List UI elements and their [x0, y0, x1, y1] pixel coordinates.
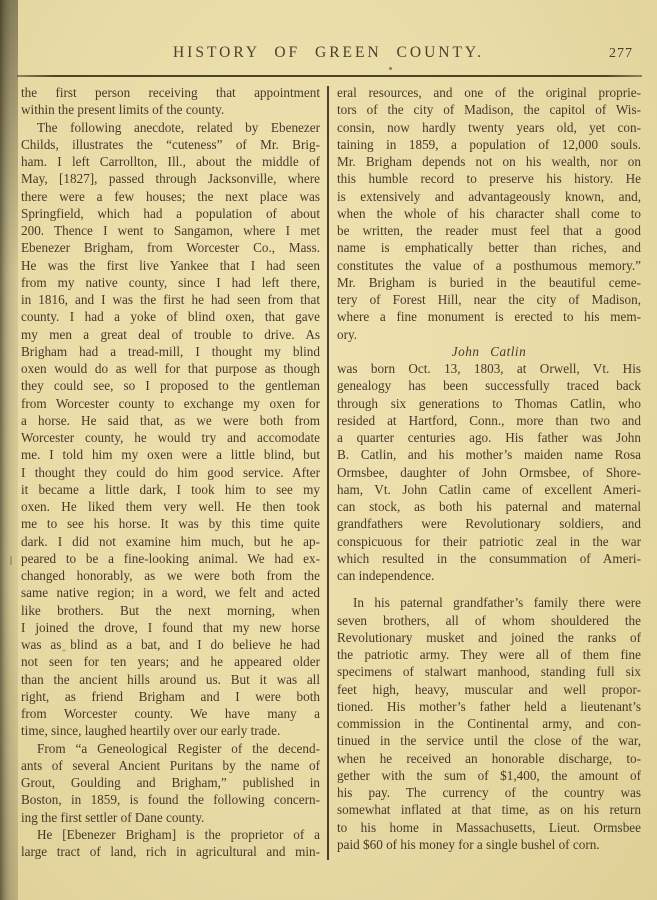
text-line: B. Catlin, and his mother’s maiden name … [337, 446, 641, 463]
text-line: tors of the city of Madison, the capitol… [337, 101, 641, 118]
column-divider [327, 86, 329, 860]
text-line: the first person receiving that appointm… [21, 84, 320, 101]
text-line: 200. Thence I went to Sangamon, where I … [21, 222, 320, 239]
text-line: dark. I did not examine him much, but he… [21, 533, 320, 550]
text-line: ory. [337, 326, 641, 343]
text-line: same native region; in a word, we felt a… [21, 584, 320, 601]
text-line: tinued in the service until the close of… [337, 732, 641, 749]
text-line: Mr. Brigham is buried in the beautiful c… [337, 274, 641, 291]
text-line: He [Ebenezer Brigham] is the proprietor … [21, 826, 320, 843]
paragraph-gap [337, 584, 641, 594]
text-line: from Worcester county to exchange my oxe… [21, 395, 320, 412]
text-line: can independence. [337, 567, 641, 584]
text-line: large tract of land, rich in agricultura… [21, 843, 320, 860]
text-line: Revolutionary musket and joined the rank… [337, 629, 641, 646]
text-line: genealogy has been successfully traced b… [337, 377, 641, 394]
text-line: eral resources, and one of the original … [337, 84, 641, 101]
ink-speck [62, 649, 66, 652]
book-page: HISTORY OF GREEN COUNTY. 277 the first p… [0, 0, 657, 900]
text-line: within the present limits of the county. [21, 101, 320, 118]
text-line: a quarter centuries ago. His father was … [337, 429, 641, 446]
text-line: grandfathers were Revolutionary soldiers… [337, 515, 641, 532]
text-line: be written, the reader must feel that a … [337, 222, 641, 239]
left-column: the first person receiving that appointm… [21, 84, 320, 860]
text-line: in 1816, and I was the first he had seen… [21, 291, 320, 308]
text-line: constitutes the value of a posthumous me… [337, 257, 641, 274]
text-line: oxen would do as well for that purpose a… [21, 360, 320, 377]
text-line: than the ancient hills around us. But it… [21, 671, 320, 688]
text-line: taining in 1859, a population of 12,000 … [337, 136, 641, 153]
text-line: feet high, heavy, muscular and well prop… [337, 681, 641, 698]
text-line: my men a great deal of trouble to drive.… [21, 326, 320, 343]
text-line: specimens of stalwart manhood, standing … [337, 663, 641, 680]
text-line: tioned. His mother’s father held a lieut… [337, 698, 641, 715]
text-line: In his paternal grandfather’s family the… [337, 594, 641, 611]
page-header: HISTORY OF GREEN COUNTY. 277 [0, 44, 657, 64]
text-line: The following anecdote, related by Ebene… [21, 119, 320, 136]
text-line: through six generations to Thomas Catlin… [337, 395, 641, 412]
text-line: from Worcester county. We have many a [21, 705, 320, 722]
text-line: county. I had a yoke of blind oxen, that… [21, 308, 320, 325]
text-line: can stock, as both his paternal and mate… [337, 498, 641, 515]
text-line: the patriotic army. They were all of the… [337, 646, 641, 663]
text-line: May, [1827], passed through Jacksonville… [21, 170, 320, 187]
text-line: oxen. He liked them very well. He then t… [21, 498, 320, 515]
text-line: there were a few houses; the next place … [21, 188, 320, 205]
text-line: me to see his horse. It was by this time… [21, 515, 320, 532]
text-line: ants of several Ancient Puritans by the … [21, 757, 320, 774]
text-line: this humble record to preserve his histo… [337, 170, 641, 187]
text-line: peared to be a fine-looking animal. We h… [21, 550, 320, 567]
text-line: commission in the Continental army, and … [337, 715, 641, 732]
text-line: like brothers. But the next morning, whe… [21, 602, 320, 619]
text-line: From “a Geneological Register of the dec… [21, 740, 320, 757]
header-rule [17, 75, 642, 77]
text-line: time, since, laughed heartily over our e… [21, 722, 320, 739]
page-number: 277 [609, 46, 633, 62]
text-line: Springfield, which had a population of a… [21, 205, 320, 222]
text-line: I thought they could do him good service… [21, 464, 320, 481]
text-line: resided at Hartford, Conn., more than tw… [337, 412, 641, 429]
page-title: HISTORY OF GREEN COUNTY. [0, 44, 657, 62]
text-line: consin, now hardly twenty years old, yet… [337, 119, 641, 136]
text-line: where a fine monument is erected to his … [337, 308, 641, 325]
ink-speck [389, 67, 392, 70]
text-line: Boston, in 1859, is found the following … [21, 791, 320, 808]
text-line: when he received an honorable discharge,… [337, 750, 641, 767]
text-line: to his home in Massachusetts, Lieut. Orm… [337, 819, 641, 836]
margin-mark [10, 556, 12, 565]
text-line: paid $60 of his money for a single bushe… [337, 836, 641, 853]
text-line: when the whole of his character shall co… [337, 205, 641, 222]
text-line: Childs, illustrates the “cuteness” of Mr… [21, 136, 320, 153]
text-line: He was the first live Yankee that I had … [21, 257, 320, 274]
text-line: Brigham had a tread-mill, I thought my b… [21, 343, 320, 360]
text-line: Mr. Brigham depends not on his wealth, n… [337, 153, 641, 170]
text-line: a horse. He said that, as we were both f… [21, 412, 320, 429]
text-line: was born Oct. 13, 1803, at Orwell, Vt. H… [337, 360, 641, 377]
text-line: they could see, so I proposed to the gen… [21, 377, 320, 394]
text-line: ham. I left Carrollton, Ill., about the … [21, 153, 320, 170]
text-line: somewhat inflated at that time, as on hi… [337, 801, 641, 818]
text-line: changed honorably, as we were both from … [21, 567, 320, 584]
section-heading: John Catlin [337, 343, 641, 360]
text-line: not seen for ten years; and he appeared … [21, 653, 320, 670]
binding-edge-shadow [0, 0, 18, 900]
text-line: right, as friend Brigham and I were both [21, 688, 320, 705]
text-line: me. I told him my oxen were a little bli… [21, 446, 320, 463]
text-line: conspicuous for their patriotic zeal in … [337, 533, 641, 550]
text-line: Ebenezer Brigham, from Worcester Co., Ma… [21, 239, 320, 256]
text-line: gether with the sum of $1,400, the amoun… [337, 767, 641, 784]
text-line: ham, Vt. John Catlin came of excellent A… [337, 481, 641, 498]
text-line: name is emphatically better than riches,… [337, 239, 641, 256]
right-column: eral resources, and one of the original … [337, 84, 641, 853]
text-line: Grout, Goulding and Brigham,” published … [21, 774, 320, 791]
text-line: I joined the drove, I found that my new … [21, 619, 320, 636]
text-line: seven brothers, all of whom shouldered t… [337, 612, 641, 629]
text-line: ing the first settler of Dane county. [21, 809, 320, 826]
text-line: is extensively and advantageously known,… [337, 188, 641, 205]
text-line: it became a little dark, I took him to s… [21, 481, 320, 498]
text-line: Worcester county, he would try and accom… [21, 429, 320, 446]
text-line: Ormsbee, daughter of John Ormsbee, of Sh… [337, 464, 641, 481]
text-line: from my native county, since I had left … [21, 274, 320, 291]
text-line: his pay. The currency of the country was [337, 784, 641, 801]
text-line: which resulted in the consummation of Am… [337, 550, 641, 567]
text-line: tery of Forest Hill, near the city of Ma… [337, 291, 641, 308]
